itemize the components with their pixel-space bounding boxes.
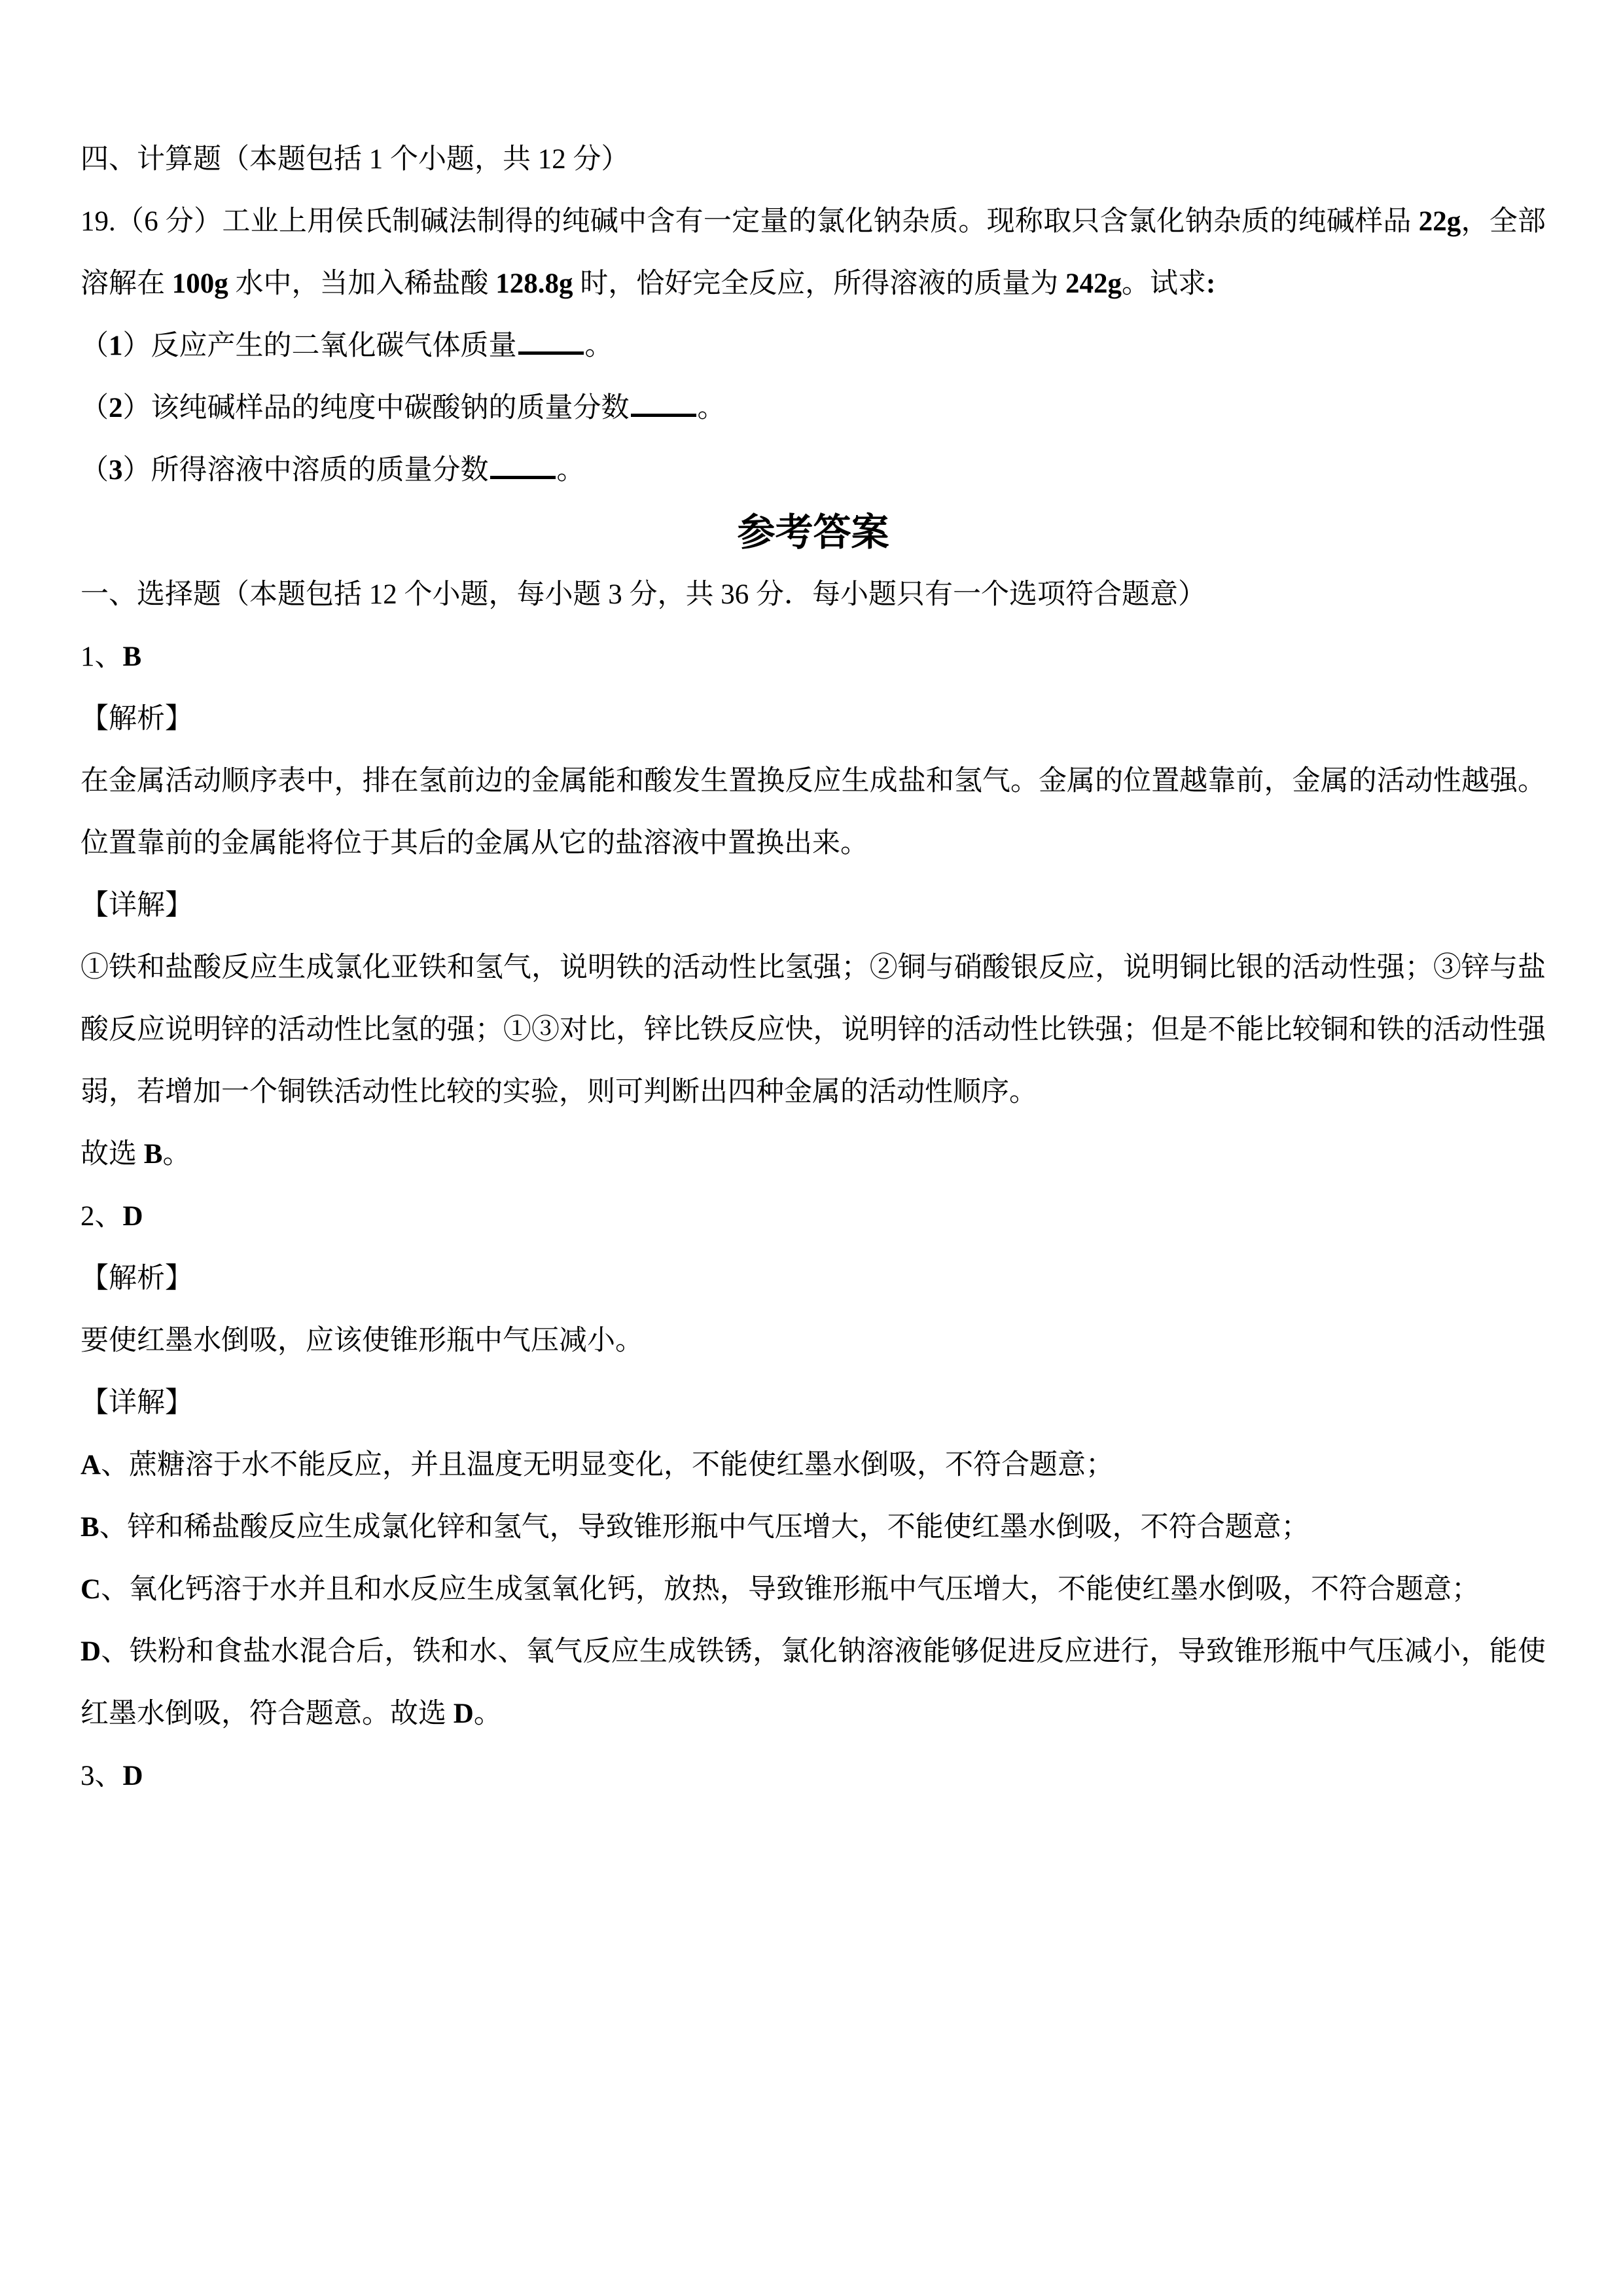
- q19-acid-mass: 128.8g: [495, 268, 573, 299]
- sub3-number: 3: [109, 455, 123, 486]
- q1-jiexi-text: 在金属活动顺序表中，排在氢前边的金属能和酸发生置换反应生成盐和氢气。金属的位置越…: [80, 750, 1546, 874]
- q2-jiexi-text: 要使红墨水倒吸，应该使锥形瓶中气压减小。: [80, 1310, 1546, 1372]
- answer-q2: 2、D: [80, 1185, 1546, 1247]
- sub1-text: ）反应产生的二氧化碳气体质量: [123, 331, 517, 361]
- option-a-text: 、蔗糖溶于水不能反应，并且温度无明显变化，不能使红墨水倒吸，不符合题意；: [101, 1450, 1114, 1480]
- q3-number: 3、: [80, 1761, 123, 1791]
- q1-number: 1、: [80, 641, 123, 672]
- document-page: 四、计算题（本题包括 1 个小题，共 12 分） 19.（6 分）工业上用侯氏制…: [0, 0, 1623, 1807]
- option-b-text: 、锌和稀盐酸反应生成氯化锌和氢气，导致锥形瓶中气压增大，不能使红墨水倒吸，不符合…: [99, 1512, 1310, 1543]
- answer-q1: 1、B: [80, 626, 1546, 688]
- sub2-period: 。: [698, 393, 726, 423]
- q1-xiangjie-text: ①铁和盐酸反应生成氯化亚铁和氢气，说明铁的活动性比氢强；②铜与硝酸银反应，说明铜…: [80, 937, 1546, 1123]
- q1-choice: B: [123, 641, 142, 672]
- option-c-text: 、氧化钙溶于水并且和水反应生成氢氧化钙，放热，导致锥形瓶中气压增大，不能使红墨水…: [101, 1574, 1480, 1605]
- answer-q3: 3、D: [80, 1745, 1546, 1807]
- answers-title: 参考答案: [80, 501, 1546, 564]
- sub-question-3: （3）所得溶液中溶质的质量分数。: [80, 439, 1546, 501]
- option-c-letter: C: [80, 1574, 101, 1605]
- sub-question-2: （2）该纯碱样品的纯度中碳酸钠的质量分数。: [80, 377, 1546, 439]
- q3-choice: D: [123, 1761, 143, 1791]
- sub-question-1: （1）反应产生的二氧化碳气体质量。: [80, 315, 1546, 377]
- q1-conclusion-prefix: 故选: [80, 1139, 144, 1170]
- answer-blank-3: [490, 472, 556, 479]
- sub1-open-paren: （: [80, 331, 109, 361]
- q2-option-b: B、锌和稀盐酸反应生成氯化锌和氢气，导致锥形瓶中气压增大，不能使红墨水倒吸，不符…: [80, 1496, 1546, 1558]
- sub2-text: ）该纯碱样品的纯度中碳酸钠的质量分数: [123, 393, 630, 423]
- answer-blank-2: [631, 410, 696, 417]
- sub3-text: ）所得溶液中溶质的质量分数: [123, 455, 489, 486]
- q19-text-4: 时，恰好完全反应，所得溶液的质量为: [573, 268, 1066, 299]
- q2-xiangjie-label: 【详解】: [80, 1372, 1546, 1434]
- sub2-open-paren: （: [80, 393, 109, 423]
- q2-choice: D: [123, 1201, 143, 1232]
- q2-option-d: D、铁粉和食盐水混合后，铁和水、氧气反应生成铁锈，氯化钠溶液能够促进反应进行，导…: [80, 1621, 1546, 1745]
- q2-conclusion-choice: D: [454, 1698, 474, 1729]
- q2-option-a: A、蔗糖溶于水不能反应，并且温度无明显变化，不能使红墨水倒吸，不符合题意；: [80, 1434, 1546, 1496]
- choice-section-header: 一、选择题（本题包括 12 个小题，每小题 3 分，共 36 分．每小题只有一个…: [80, 564, 1546, 626]
- sub1-period: 。: [585, 331, 613, 361]
- q19-sample-mass: 22g: [1419, 206, 1461, 237]
- option-d-text: 、铁粉和食盐水混合后，铁和水、氧气反应生成铁锈，氯化钠溶液能够促进反应进行，导致…: [80, 1636, 1546, 1729]
- q19-text-5: 。试求: [1122, 268, 1206, 299]
- q19-colon: :: [1206, 268, 1215, 299]
- option-d-letter: D: [80, 1636, 101, 1667]
- option-a-letter: A: [80, 1450, 101, 1480]
- option-b-letter: B: [80, 1512, 99, 1543]
- question-19: 19.（6 分）工业上用侯氏制碱法制得的纯碱中含有一定量的氯化钠杂质。现称取只含…: [80, 190, 1546, 315]
- q19-text-1: 19.（6 分）工业上用侯氏制碱法制得的纯碱中含有一定量的氯化钠杂质。现称取只含…: [80, 206, 1419, 237]
- q1-conclusion-choice: B: [144, 1139, 163, 1170]
- sub1-number: 1: [109, 331, 123, 361]
- q2-conclusion-period: 。: [474, 1698, 502, 1729]
- q1-xiangjie-label: 【详解】: [80, 874, 1546, 937]
- q19-water-mass: 100g: [172, 268, 228, 299]
- q2-number: 2、: [80, 1201, 123, 1232]
- q1-conclusion-period: 。: [162, 1139, 190, 1170]
- q19-solution-mass: 242g: [1065, 268, 1122, 299]
- sub3-period: 。: [557, 455, 585, 486]
- q19-text-3: 水中，当加入稀盐酸: [228, 268, 496, 299]
- q2-jiexi-label: 【解析】: [80, 1247, 1546, 1310]
- sub2-number: 2: [109, 393, 123, 423]
- sub3-open-paren: （: [80, 455, 109, 486]
- answer-blank-1: [518, 348, 584, 355]
- q1-jiexi-label: 【解析】: [80, 688, 1546, 750]
- q1-conclusion: 故选 B。: [80, 1123, 1546, 1185]
- q2-option-c: C、氧化钙溶于水并且和水反应生成氢氧化钙，放热，导致锥形瓶中气压增大，不能使红墨…: [80, 1558, 1546, 1621]
- calc-section-header: 四、计算题（本题包括 1 个小题，共 12 分）: [80, 128, 1546, 190]
